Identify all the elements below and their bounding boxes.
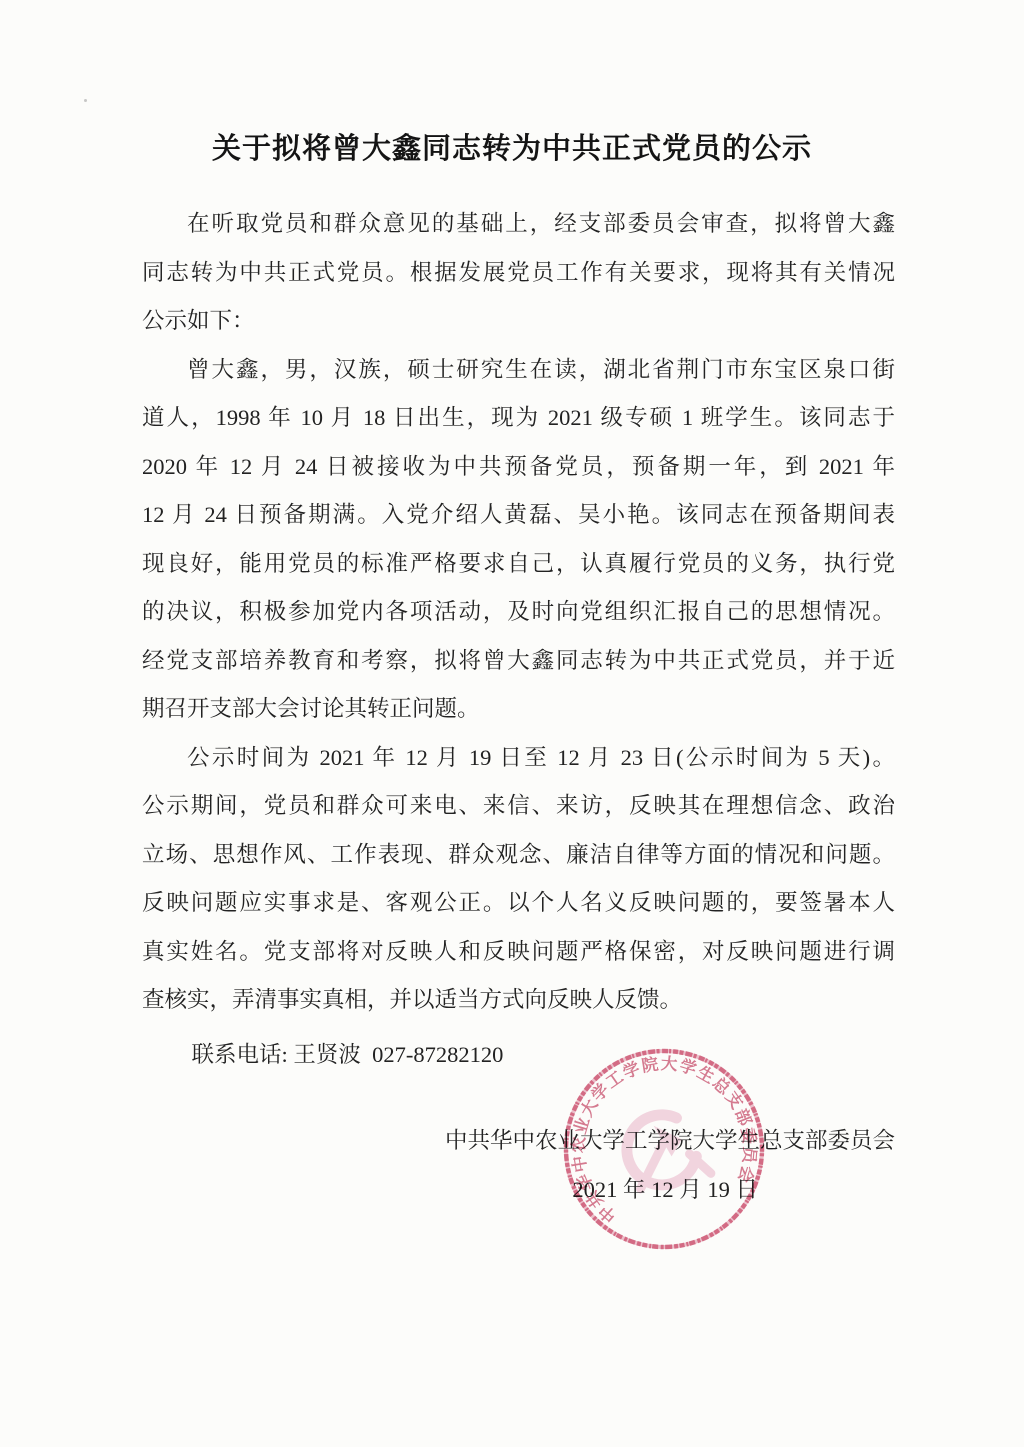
body-line: 现良好，能用党员的标准严格要求自己，认真履行党员的义务，执行党	[142, 540, 895, 589]
body-line: 12 月 24 日预备期满。入党介绍人黄磊、吴小艳。该同志在预备期间表	[142, 491, 895, 540]
document-body: 在听取党员和群众意见的基础上，经支部委员会审查，拟将曾大鑫 同志转为中共正式党员…	[142, 200, 895, 1214]
body-line: 同志转为中共正式党员。根据发展党员工作有关要求，现将其有关情况	[142, 249, 895, 298]
signature-org: 中共华中农业大学工学院大学生总支部委员会	[142, 1117, 895, 1166]
body-line: 在听取党员和群众意见的基础上，经支部委员会审查，拟将曾大鑫	[142, 200, 895, 249]
body-line: 道人，1998 年 10 月 18 日出生，现为 2021 级专硕 1 班学生。…	[142, 394, 895, 443]
body-line: 公示如下：	[142, 297, 895, 346]
body-line: 立场、思想作风、工作表现、群众观念、廉洁自律等方面的情况和问题。	[142, 831, 895, 880]
body-line: 经党支部培养教育和考察，拟将曾大鑫同志转为中共正式党员，并于近	[142, 637, 895, 686]
signature-block: 中共华中农业大学工学院大学生总支部委员会 2021 年 12 月 19 日	[142, 1117, 895, 1214]
body-line: 真实姓名。党支部将对反映人和反映问题严格保密，对反映问题进行调	[142, 928, 895, 977]
body-line: 查核实，弄清事实真相，并以适当方式向反映人反馈。	[142, 976, 895, 1025]
signature-date: 2021 年 12 月 19 日	[142, 1166, 895, 1215]
body-line: 公示期间，党员和群众可来电、来信、来访，反映其在理想信念、政治	[142, 782, 895, 831]
body-line: 2020 年 12 月 24 日被接收为中共预备党员，预备期一年，到 2021 …	[142, 443, 895, 492]
scan-speck	[84, 99, 87, 102]
contact-phone-line: 联系电话: 王贤波 027-87282120	[142, 1031, 895, 1080]
document-page: 关于拟将曾大鑫同志转为中共正式党员的公示 在听取党员和群众意见的基础上，经支部委…	[0, 0, 1024, 1447]
body-line: 期召开支部大会讨论其转正问题。	[142, 685, 895, 734]
body-line: 曾大鑫，男，汉族，硕士研究生在读，湖北省荆门市东宝区泉口街	[142, 346, 895, 395]
body-line: 的决议，积极参加党内各项活动，及时向党组织汇报自己的思想情况。	[142, 588, 895, 637]
body-line: 反映问题应实事求是、客观公正。以个人名义反映问题的，要签暑本人	[142, 879, 895, 928]
body-line: 公示时间为 2021 年 12 月 19 日至 12 月 23 日(公示时间为 …	[142, 734, 895, 783]
document-title: 关于拟将曾大鑫同志转为中共正式党员的公示	[0, 126, 1024, 167]
